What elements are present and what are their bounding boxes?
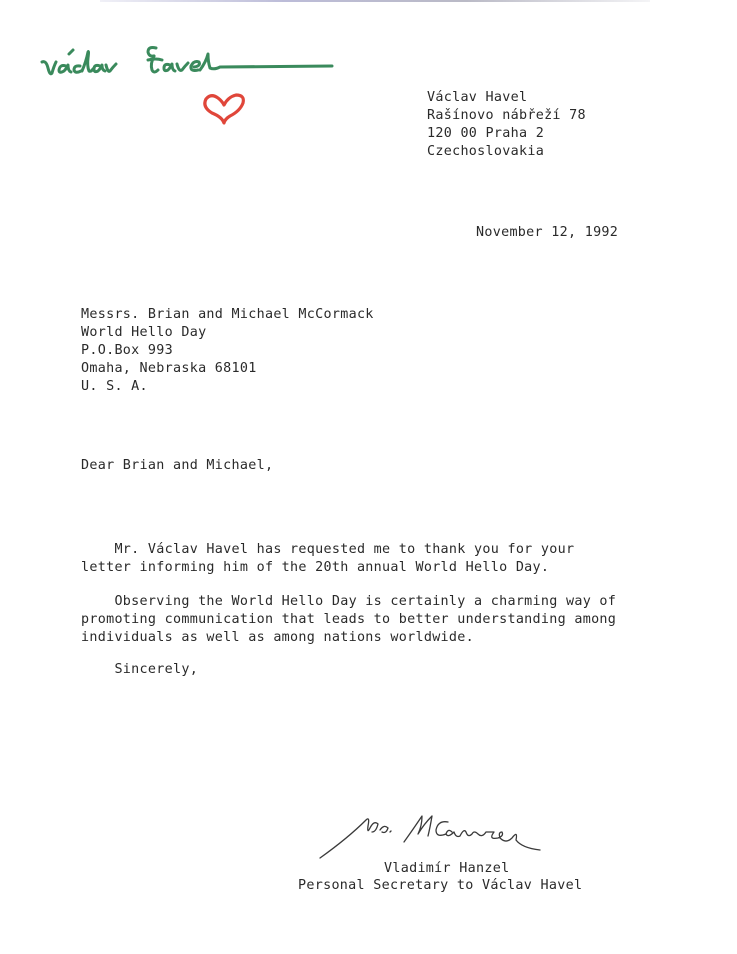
body-paragraph-2: Observing the World Hello Day is certain… xyxy=(81,593,616,647)
signer-name: Vladimír Hanzel xyxy=(384,860,509,878)
sender-address-line: Václav Havel xyxy=(427,89,586,107)
sender-address-line: Rašínovo nábřeží 78 xyxy=(427,107,586,125)
recipient-address: Messrs. Brian and Michael McCormackWorld… xyxy=(81,306,374,396)
recipient-address-line: Messrs. Brian and Michael McCormack xyxy=(81,306,374,324)
salutation: Dear Brian and Michael, xyxy=(81,457,273,475)
body-line: promoting communication that leads to be… xyxy=(81,611,616,629)
body-paragraph-1: Mr. Václav Havel has requested me to tha… xyxy=(81,541,574,577)
body-line: Observing the World Hello Day is certain… xyxy=(81,593,616,611)
heart-icon xyxy=(198,89,250,127)
body-line: individuals as well as among nations wor… xyxy=(81,629,616,647)
havel-handwritten-signature xyxy=(36,40,336,90)
recipient-address-line: U. S. A. xyxy=(81,378,374,396)
body-line: Mr. Václav Havel has requested me to tha… xyxy=(81,541,574,559)
recipient-address-line: World Hello Day xyxy=(81,324,374,342)
closing: Sincerely, xyxy=(81,661,198,679)
hanzel-handwritten-signature xyxy=(318,808,558,863)
letter-date: November 12, 1992 xyxy=(476,224,618,242)
scan-top-edge xyxy=(100,0,650,2)
sender-address-line: Czechoslovakia xyxy=(427,143,586,161)
signer-title: Personal Secretary to Václav Havel xyxy=(298,877,582,895)
sender-address-line: 120 00 Praha 2 xyxy=(427,125,586,143)
recipient-address-line: Omaha, Nebraska 68101 xyxy=(81,360,374,378)
body-line: letter informing him of the 20th annual … xyxy=(81,559,574,577)
recipient-address-line: P.O.Box 993 xyxy=(81,342,374,360)
sender-address: Václav HavelRašínovo nábřeží 78120 00 Pr… xyxy=(427,89,586,161)
